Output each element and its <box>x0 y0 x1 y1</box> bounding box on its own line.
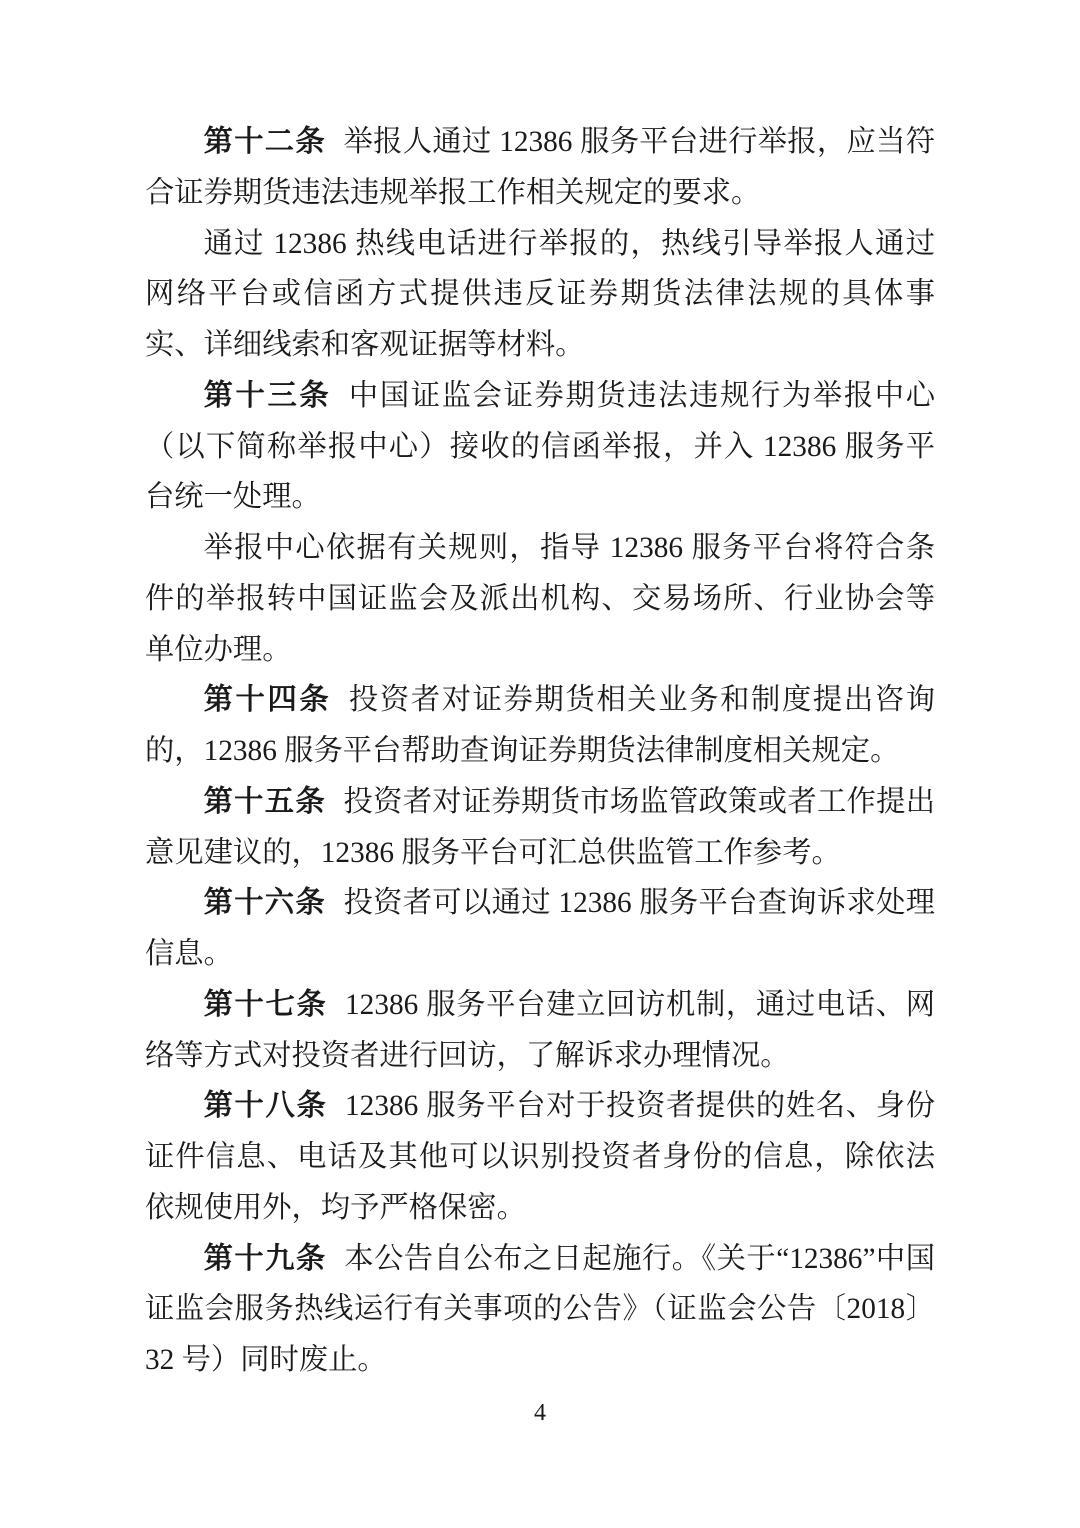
paragraph-article-17: 第十七条12386 服务平台建立回访机制，通过电话、网络等方式对投资者进行回访，… <box>145 980 935 1082</box>
page-number: 4 <box>0 1399 1080 1427</box>
article-19-heading: 第十九条 <box>204 1242 327 1275</box>
paragraph-article-18: 第十八条12386 服务平台对于投资者提供的姓名、身份证件信息、电话及其他可以识… <box>145 1081 935 1233</box>
article-15-heading: 第十五条 <box>204 785 326 818</box>
paragraph-article-15: 第十五条投资者对证券期货市场监管政策或者工作提出意见建议的，12386 服务平台… <box>145 777 935 879</box>
article-17-heading: 第十七条 <box>204 988 328 1021</box>
paragraph-article-12: 第十二条举报人通过 12386 服务平台进行举报，应当符合证券期货违法违规举报工… <box>145 117 935 219</box>
article-12-sub-text: 通过 12386 热线电话进行举报的，热线引导举报人通过网络平台或信函方式提供违… <box>145 228 935 362</box>
document-body: 第十二条举报人通过 12386 服务平台进行举报，应当符合证券期货违法违规举报工… <box>145 117 935 1386</box>
article-16-heading: 第十六条 <box>204 886 326 919</box>
paragraph-article-12-sub: 通过 12386 热线电话进行举报的，热线引导举报人通过网络平台或信函方式提供违… <box>145 219 935 371</box>
paragraph-article-13: 第十三条中国证监会证券期货违法违规行为举报中心（以下简称举报中心）接收的信函举报… <box>145 371 935 523</box>
paragraph-article-19: 第十九条本公告自公布之日起施行。《关于“12386”中国证监会服务热线运行有关事… <box>145 1234 935 1386</box>
article-18-heading: 第十八条 <box>204 1089 328 1122</box>
paragraph-article-13-sub: 举报中心依据有关规则，指导 12386 服务平台将符合条件的举报转中国证监会及派… <box>145 523 935 675</box>
article-14-heading: 第十四条 <box>204 683 332 716</box>
paragraph-article-16: 第十六条投资者可以通过 12386 服务平台查询诉求处理信息。 <box>145 878 935 980</box>
paragraph-article-14: 第十四条投资者对证券期货相关业务和制度提出咨询的，12386 服务平台帮助查询证… <box>145 675 935 777</box>
article-13-sub-text: 举报中心依据有关规则，指导 12386 服务平台将符合条件的举报转中国证监会及派… <box>145 532 935 666</box>
document-page: 第十二条举报人通过 12386 服务平台进行举报，应当符合证券期货违法违规举报工… <box>0 0 1080 1528</box>
article-12-heading: 第十二条 <box>204 125 326 158</box>
article-13-heading: 第十三条 <box>204 379 332 412</box>
